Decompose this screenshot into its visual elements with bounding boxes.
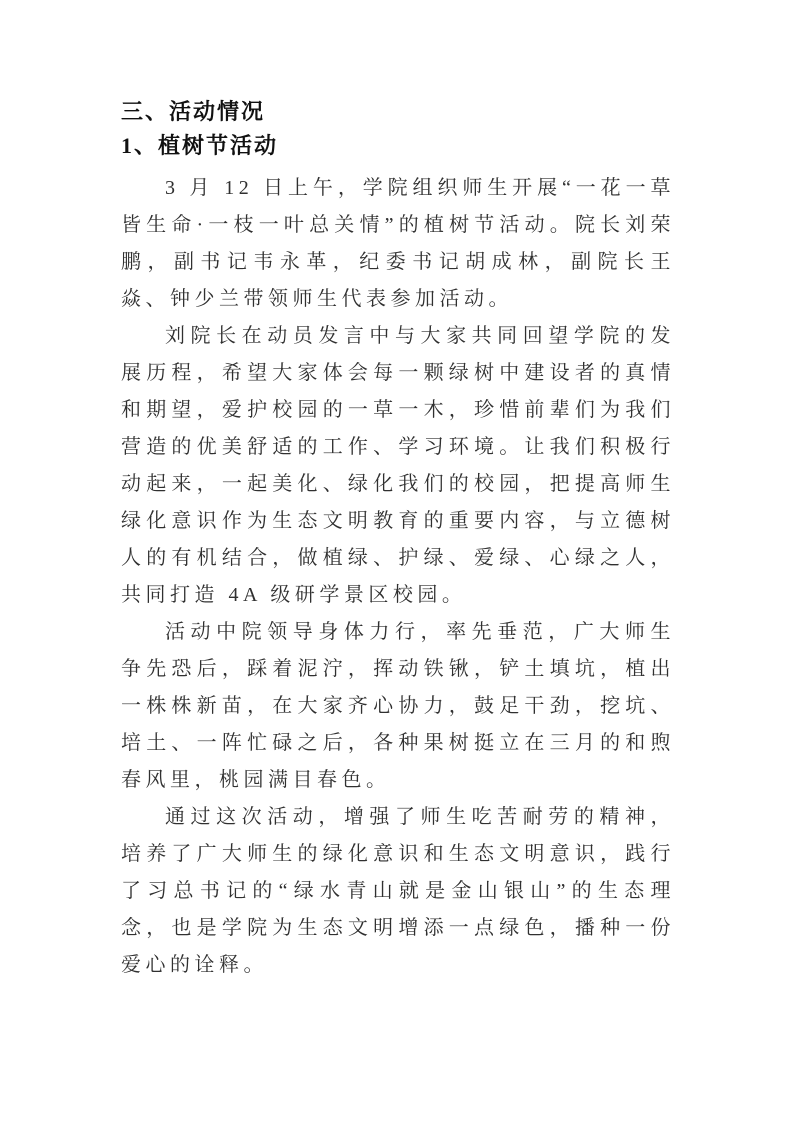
paragraph: 通过这次活动，增强了师生吃苦耐劳的精神，培养了广大师生的绿化意识和生态文明意识，… [121,799,675,984]
paragraph: 活动中院领导身体力行，率先垂范，广大师生争先恐后，踩着泥泞，挥动铁锹，铲土填坑，… [121,614,675,799]
document-body: 3 月 12 日上午，学院组织师生开展“一花一草皆生命·一枝一叶总关情”的植树节… [121,170,675,984]
paragraph: 3 月 12 日上午，学院组织师生开展“一花一草皆生命·一枝一叶总关情”的植树节… [121,170,675,318]
document-page: 三、活动情况 1、植树节活动 3 月 12 日上午，学院组织师生开展“一花一草皆… [0,0,793,1122]
section-heading: 三、活动情况 [121,96,675,128]
sub-heading: 1、植树节活动 [121,130,675,162]
paragraph: 刘院长在动员发言中与大家共同回望学院的发展历程，希望大家体会每一颗绿树中建设者的… [121,318,675,614]
